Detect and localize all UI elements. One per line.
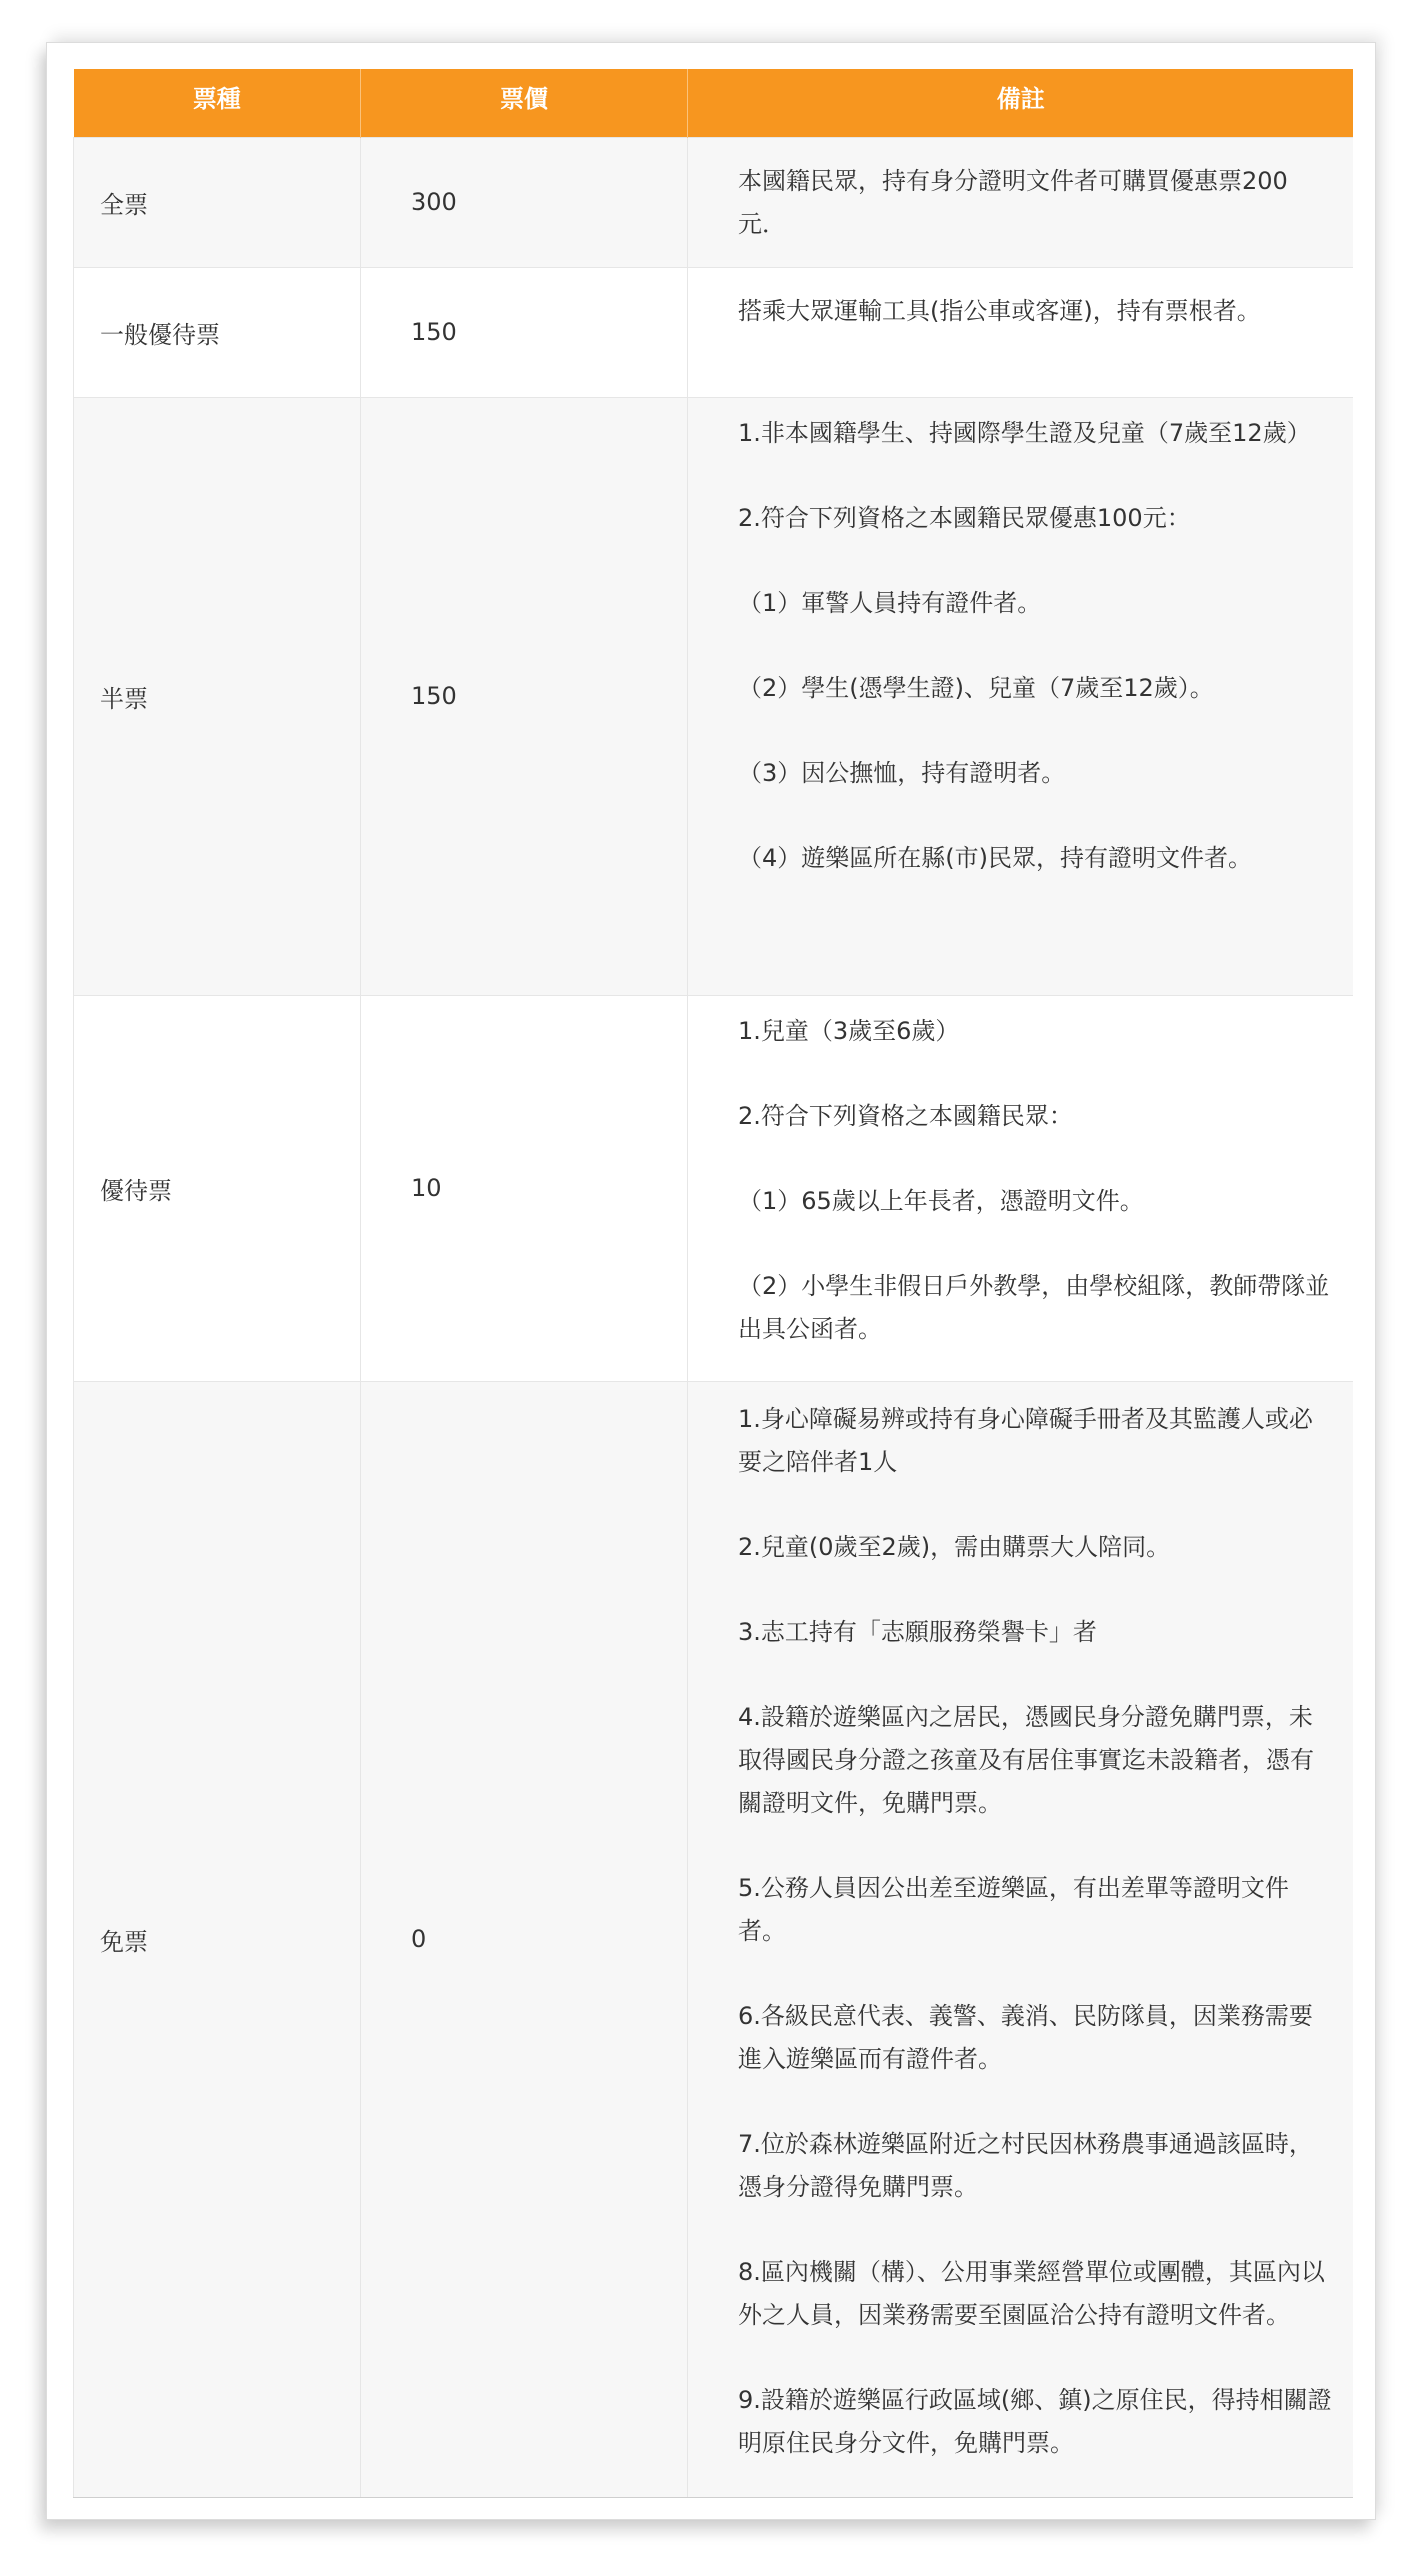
remark-line: （3）因公撫恤，持有證明者。 [738, 752, 1334, 795]
remark-line: 1.身心障礙易辨或持有身心障礙手冊者及其監護人或必要之陪伴者1人 [738, 1398, 1334, 1484]
remark-line: 8.區內機關（構）、公用事業經營單位或團體，其區內以外之人員，因業務需要至園區洽… [738, 2251, 1334, 2337]
remark-line: 4.設籍於遊樂區內之居民，憑國民身分證免購門票，未取得國民身分證之孩童及有居住事… [738, 1696, 1334, 1825]
table-header-row: 票種 票價 備註 [74, 69, 1354, 137]
remark-line: （4）遊樂區所在縣(市)民眾，持有證明文件者。 [738, 837, 1334, 880]
remark-line: （2）小學生非假日戶外教學，由學校組隊，教師帶隊並出具公函者。 [738, 1265, 1334, 1351]
header-ticket-price: 票價 [361, 69, 688, 137]
ticket-type-cell: 半票 [74, 397, 361, 995]
remarks-cell: 1.非本國籍學生、持國際學生證及兒童（7歲至12歲） 2.符合下列資格之本國籍民… [688, 397, 1354, 995]
remark-line: 7.位於森林遊樂區附近之村民因林務農事通過該區時，憑身分證得免購門票。 [738, 2123, 1334, 2209]
remark-line: 本國籍民眾，持有身分證明文件者可購買優惠票200元． [738, 160, 1334, 246]
ticket-type-cell: 優待票 [74, 995, 361, 1381]
ticket-price-cell: 0 [361, 1381, 688, 2497]
table-row: 全票 300 本國籍民眾，持有身分證明文件者可購買優惠票200元． [74, 137, 1354, 267]
remark-line: 1.非本國籍學生、持國際學生證及兒童（7歲至12歲） [738, 412, 1334, 455]
remark-line: 1.兒童（3歲至6歲） [738, 1010, 1334, 1053]
ticket-type-cell: 全票 [74, 137, 361, 267]
remark-line: 2.符合下列資格之本國籍民眾優惠100元： [738, 497, 1334, 540]
remark-line: （1）軍警人員持有證件者。 [738, 582, 1334, 625]
remark-line: 9.設籍於遊樂區行政區域(鄉、鎮)之原住民，得持相關證明原住民身分文件，免購門票… [738, 2379, 1334, 2465]
ticket-price-cell: 300 [361, 137, 688, 267]
remarks-cell: 搭乘大眾運輸工具(指公車或客運)，持有票根者。 [688, 267, 1354, 397]
remarks-cell: 1.兒童（3歲至6歲） 2.符合下列資格之本國籍民眾： （1）65歲以上年長者，… [688, 995, 1354, 1381]
remarks-cell: 1.身心障礙易辨或持有身心障礙手冊者及其監護人或必要之陪伴者1人 2.兒童(0歲… [688, 1381, 1354, 2497]
table-row: 一般優待票 150 搭乘大眾運輸工具(指公車或客運)，持有票根者。 [74, 267, 1354, 397]
document-paper: 票種 票價 備註 全票 300 本國籍民眾，持有身分證明文件者可購買優惠票200… [46, 42, 1376, 2520]
remark-line: （2）學生(憑學生證)、兒童（7歲至12歲）。 [738, 667, 1334, 710]
remark-line: 6.各級民意代表、義警、義消、民防隊員，因業務需要進入遊樂區而有證件者。 [738, 1995, 1334, 2081]
table-row: 免票 0 1.身心障礙易辨或持有身心障礙手冊者及其監護人或必要之陪伴者1人 2.… [74, 1381, 1354, 2497]
ticket-price-cell: 150 [361, 267, 688, 397]
ticket-price-table: 票種 票價 備註 全票 300 本國籍民眾，持有身分證明文件者可購買優惠票200… [73, 69, 1353, 2497]
ticket-price-cell: 10 [361, 995, 688, 1381]
remark-line: 3.志工持有「志願服務榮譽卡」者 [738, 1611, 1334, 1654]
ticket-price-cell: 150 [361, 397, 688, 995]
remark-line: 5.公務人員因公出差至遊樂區，有出差單等證明文件者。 [738, 1867, 1334, 1953]
ticket-type-cell: 一般優待票 [74, 267, 361, 397]
remark-line: 2.符合下列資格之本國籍民眾： [738, 1095, 1334, 1138]
ticket-price-table-container: 票種 票價 備註 全票 300 本國籍民眾，持有身分證明文件者可購買優惠票200… [73, 69, 1353, 2498]
remark-line: 2.兒童(0歲至2歲)，需由購票大人陪同。 [738, 1526, 1334, 1569]
remark-line: 搭乘大眾運輸工具(指公車或客運)，持有票根者。 [738, 290, 1334, 333]
remarks-cell: 本國籍民眾，持有身分證明文件者可購買優惠票200元． [688, 137, 1354, 267]
table-row: 優待票 10 1.兒童（3歲至6歲） 2.符合下列資格之本國籍民眾： （1）65… [74, 995, 1354, 1381]
table-row: 半票 150 1.非本國籍學生、持國際學生證及兒童（7歲至12歲） 2.符合下列… [74, 397, 1354, 995]
ticket-type-cell: 免票 [74, 1381, 361, 2497]
header-ticket-type: 票種 [74, 69, 361, 137]
remark-line: （1）65歲以上年長者，憑證明文件。 [738, 1180, 1334, 1223]
header-remarks: 備註 [688, 69, 1354, 137]
